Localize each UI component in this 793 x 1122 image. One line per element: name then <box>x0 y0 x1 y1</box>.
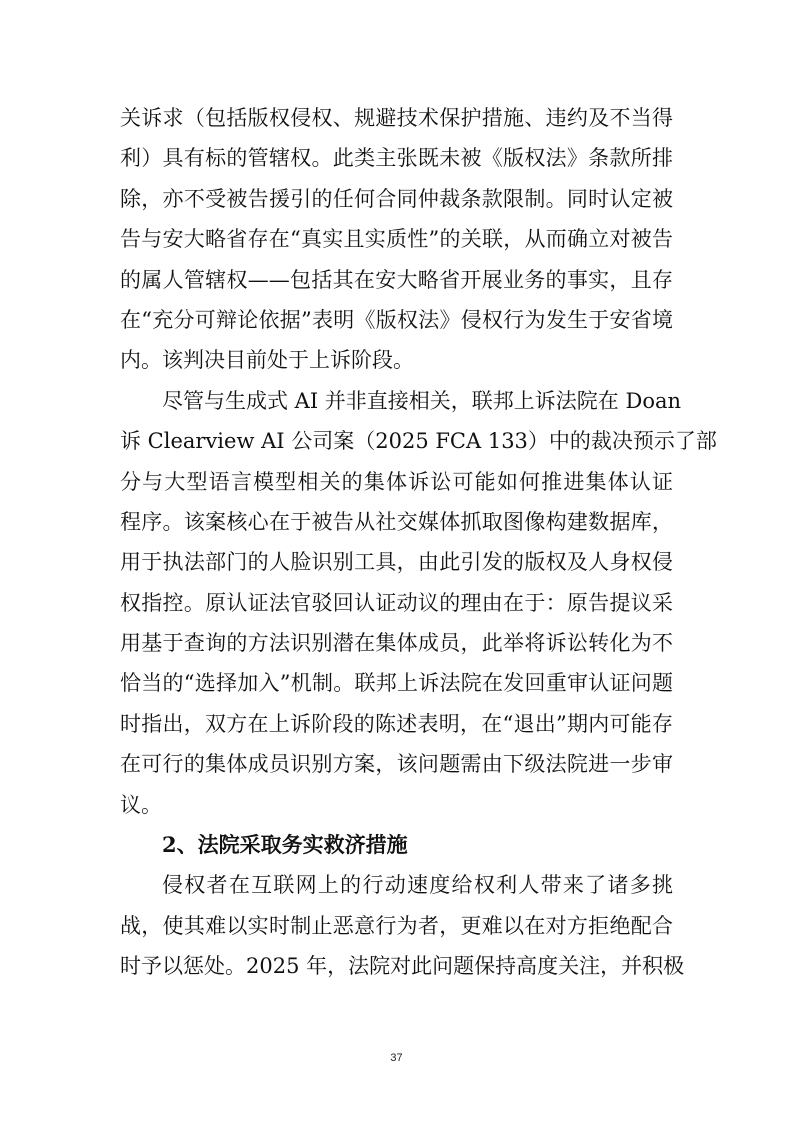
text-line: 议。 <box>120 785 673 825</box>
paragraph-practical-remedies: 侵权者在互联网上的行动速度给权利人带来了诸多挑 战，使其难以实时制止恶意行为者，… <box>120 865 673 986</box>
text-line: 恰当的“选择加入”机制。联邦上诉法院在发回重审认证问题 <box>120 663 673 703</box>
text-line: 在可行的集体成员识别方案，该问题需由下级法院进一步审 <box>120 744 673 784</box>
text-line: 除，亦不受被告援引的任何合同仲裁条款限制。同时认定被 <box>120 179 673 219</box>
text-line: 侵权者在互联网上的行动速度给权利人带来了诸多挑 <box>120 865 673 905</box>
text-line: 在“充分可辩论依据”表明《版权法》侵权行为发生于安省境 <box>120 300 673 340</box>
text-line: 关诉求（包括版权侵权、规避技术保护措施、违约及不当得 <box>120 98 673 138</box>
document-page: 关诉求（包括版权侵权、规避技术保护措施、违约及不当得 利）具有标的管辖权。此类主… <box>120 98 673 987</box>
text-line: 战，使其难以实时制止恶意行为者，更难以在对方拒绝配合 <box>120 906 673 946</box>
text-line: 利）具有标的管辖权。此类主张既未被《版权法》条款所排 <box>120 138 673 178</box>
text-line: 告与安大略省存在“真实且实质性”的关联，从而确立对被告 <box>120 219 673 259</box>
text-line: 用于执法部门的人脸识别工具，由此引发的版权及人身权侵 <box>120 542 673 582</box>
text-line: 分与大型语言模型相关的集体诉讼可能如何推进集体认证 <box>120 462 673 502</box>
page-number: 37 <box>0 1052 793 1064</box>
text-line: 时予以惩处。2025 年，法院对此问题保持高度关注，并积极 <box>120 946 673 986</box>
text-line: 时指出，双方在上诉阶段的陈述表明，在“退出”期内可能存 <box>120 704 673 744</box>
text-line: 内。该判决目前处于上诉阶段。 <box>120 340 673 380</box>
text-line: 程序。该案核心在于被告从社交媒体抓取图像构建数据库， <box>120 502 673 542</box>
paragraph-doan-clearview: 尽管与生成式 AI 并非直接相关，联邦上诉法院在 Doan 诉 Clearvie… <box>120 381 673 825</box>
text-line: 尽管与生成式 AI 并非直接相关，联邦上诉法院在 Doan <box>120 381 673 421</box>
text-line: 的属人管辖权——包括其在安大略省开展业务的事实，且存 <box>120 260 673 300</box>
paragraph-jurisdiction: 关诉求（包括版权侵权、规避技术保护措施、违约及不当得 利）具有标的管辖权。此类主… <box>120 98 673 381</box>
text-line: 权指控。原认证法官驳回认证动议的理由在于：原告提议采 <box>120 583 673 623</box>
text-line: 用基于查询的方法识别潜在集体成员，此举将诉讼转化为不 <box>120 623 673 663</box>
text-line: 诉 Clearview AI 公司案（2025 FCA 133）中的裁决预示了部 <box>120 421 673 461</box>
section-heading: 2、法院采取务实救济措施 <box>120 825 673 865</box>
